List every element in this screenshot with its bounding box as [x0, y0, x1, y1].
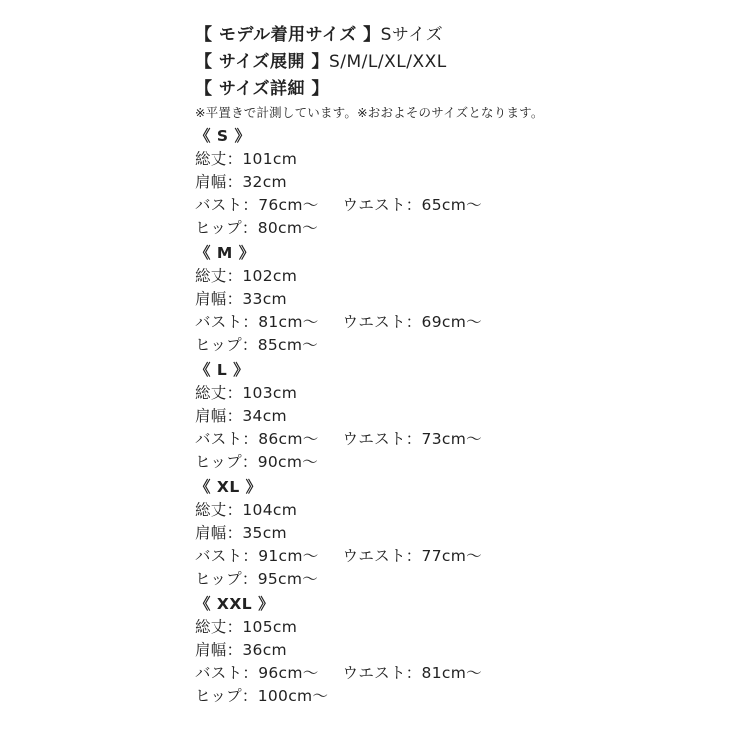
- size-waist: ウエスト：77cm〜: [343, 547, 482, 565]
- size-length: 総丈：103cm: [195, 382, 615, 405]
- size-name: 《 XL 》: [195, 476, 615, 499]
- size-bust: バスト：81cm〜: [195, 313, 319, 331]
- measurement-note: ※平置きで計測しています。※おおよそのサイズとなります。: [195, 104, 615, 121]
- size-bust: バスト：86cm〜: [195, 430, 319, 448]
- size-sections: 《 S 》 総丈：101cm 肩幅：32cm バスト：76cm〜ウエスト：65c…: [195, 125, 615, 708]
- size-hip: ヒップ：95cm〜: [195, 568, 615, 591]
- size-length: 総丈：102cm: [195, 265, 615, 288]
- size-info-content: 【 モデル着用サイズ 】Sサイズ 【 サイズ展開 】S/M/L/XL/XXL 【…: [195, 22, 615, 708]
- model-size-label: 【 モデル着用サイズ 】: [195, 25, 381, 45]
- model-size-line: 【 モデル着用サイズ 】Sサイズ: [195, 22, 615, 49]
- size-detail-line: 【 サイズ詳細 】: [195, 76, 615, 103]
- size-lineup-value: S/M/L/XL/XXL: [329, 52, 447, 72]
- size-hip: ヒップ：85cm〜: [195, 334, 615, 357]
- size-name: 《 L 》: [195, 359, 615, 382]
- size-shoulder: 肩幅：34cm: [195, 405, 615, 428]
- size-name: 《 S 》: [195, 125, 615, 148]
- size-detail-label: 【 サイズ詳細 】: [195, 79, 329, 99]
- size-section: 《 L 》 総丈：103cm 肩幅：34cm バスト：86cm〜ウエスト：73c…: [195, 359, 615, 474]
- size-shoulder: 肩幅：36cm: [195, 639, 615, 662]
- size-section: 《 XXL 》 総丈：105cm 肩幅：36cm バスト：96cm〜ウエスト：8…: [195, 593, 615, 708]
- size-lineup-label: 【 サイズ展開 】: [195, 52, 329, 72]
- size-bust-waist-line: バスト：96cm〜ウエスト：81cm〜: [195, 662, 615, 685]
- size-waist: ウエスト：81cm〜: [343, 664, 482, 682]
- size-name: 《 XXL 》: [195, 593, 615, 616]
- size-section: 《 XL 》 総丈：104cm 肩幅：35cm バスト：91cm〜ウエスト：77…: [195, 476, 615, 591]
- size-bust: バスト：96cm〜: [195, 664, 319, 682]
- size-bust: バスト：91cm〜: [195, 547, 319, 565]
- size-waist: ウエスト：73cm〜: [343, 430, 482, 448]
- size-waist: ウエスト：65cm〜: [343, 196, 482, 214]
- size-shoulder: 肩幅：35cm: [195, 522, 615, 545]
- size-bust-waist-line: バスト：91cm〜ウエスト：77cm〜: [195, 545, 615, 568]
- size-hip: ヒップ：90cm〜: [195, 451, 615, 474]
- size-bust: バスト：76cm〜: [195, 196, 319, 214]
- size-section: 《 M 》 総丈：102cm 肩幅：33cm バスト：81cm〜ウエスト：69c…: [195, 242, 615, 357]
- size-name: 《 M 》: [195, 242, 615, 265]
- size-hip: ヒップ：80cm〜: [195, 217, 615, 240]
- size-shoulder: 肩幅：33cm: [195, 288, 615, 311]
- size-length: 総丈：104cm: [195, 499, 615, 522]
- size-shoulder: 肩幅：32cm: [195, 171, 615, 194]
- size-bust-waist-line: バスト：76cm〜ウエスト：65cm〜: [195, 194, 615, 217]
- size-bust-waist-line: バスト：86cm〜ウエスト：73cm〜: [195, 428, 615, 451]
- size-length: 総丈：105cm: [195, 616, 615, 639]
- size-section: 《 S 》 総丈：101cm 肩幅：32cm バスト：76cm〜ウエスト：65c…: [195, 125, 615, 240]
- size-lineup-line: 【 サイズ展開 】S/M/L/XL/XXL: [195, 49, 615, 76]
- size-length: 総丈：101cm: [195, 148, 615, 171]
- size-waist: ウエスト：69cm〜: [343, 313, 482, 331]
- model-size-value: Sサイズ: [381, 25, 443, 45]
- size-bust-waist-line: バスト：81cm〜ウエスト：69cm〜: [195, 311, 615, 334]
- size-info-page: 【 モデル着用サイズ 】Sサイズ 【 サイズ展開 】S/M/L/XL/XXL 【…: [0, 0, 740, 740]
- size-hip: ヒップ：100cm〜: [195, 685, 615, 708]
